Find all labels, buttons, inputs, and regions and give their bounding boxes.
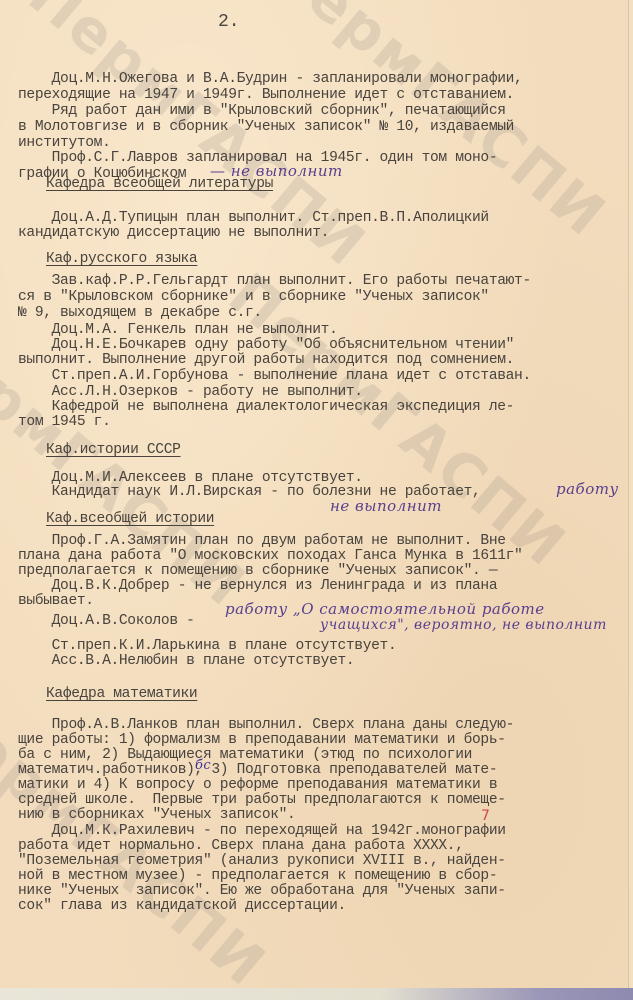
text-line: сок" глава из кандидатской диссертации. xyxy=(18,898,346,914)
text-line: Кафедрой не выполнена диалектологическая… xyxy=(18,399,514,415)
text-line: ся в "Крыловском сборнике" и в сборнике … xyxy=(18,289,489,305)
section-heading: Каф.всеобщей истории xyxy=(46,511,214,527)
text-line: средней школе. Первые три работы предпол… xyxy=(18,792,506,808)
handwritten-note: работу xyxy=(556,480,619,498)
text-line: щие работы: 1) формализм в преподавании … xyxy=(18,732,506,748)
text-line: выбывает. xyxy=(18,593,94,609)
text-line: Зав.каф.Р.Р.Гельгардт план выполнит. Его… xyxy=(18,273,531,289)
text-line: нике "Ученых записок". Ею же обработана … xyxy=(18,883,506,899)
red-pencil-mark: 7 xyxy=(481,808,490,824)
text-line: математич.работников), 3) Подготовка пре… xyxy=(18,762,497,778)
text-line: Доц.В.К.Добрер - не вернулся из Ленингра… xyxy=(18,578,497,594)
text-line: Ст.преп.А.И.Горбунова - выполнение плана… xyxy=(18,368,531,384)
handwritten-note: не выполнит xyxy=(330,497,442,515)
text-line: Ряд работ дан ими в "Крыловский сборник"… xyxy=(18,103,506,119)
text-line: том 1945 г. xyxy=(18,414,111,430)
text-line: Проф.Г.А.Замятин план по двум работам не… xyxy=(18,533,506,549)
text-line: нию в сборниках "Ученых записок". xyxy=(18,807,295,823)
text-line: Асс.В.А.Нелюбин в плане отсутствует. xyxy=(18,653,354,669)
text-line: кандидатскую диссертацию не выполнит. xyxy=(18,225,329,241)
text-line: переходящие на 1947 и 1949г. Выполнение … xyxy=(18,87,514,103)
text-line: "Поземельная геометрия" (анализ рукописи… xyxy=(18,853,506,869)
text-line: ба с ним, 2) Выдающиеся математики (этюд… xyxy=(18,747,472,763)
text-line: Ст.преп.К.И.Ларькина в плане отсутствует… xyxy=(18,638,396,654)
handwritten-note: учащихся", вероятно, не выполнит xyxy=(320,617,607,633)
text-line: ной в местном музее) - предполагается к … xyxy=(18,868,497,884)
document-content: 2. Доц.М.Н.Ожегова и В.А.Будрин - заплан… xyxy=(0,0,633,1000)
text-line: Доц.А.В.Соколов - xyxy=(18,613,195,629)
text-line: Доц.А.Д.Тупицын план выполнит. Ст.преп.В… xyxy=(18,210,489,226)
page-number: 2. xyxy=(218,12,240,32)
text-line: Доц.М.А. Генкель план не выполнит. xyxy=(18,322,338,338)
text-line: Доц.М.К.Рахилевич - по переходящей на 19… xyxy=(18,823,506,839)
text-line: Доц.Н.Е.Бочкарев одну работу "Об объясни… xyxy=(18,337,514,353)
text-line: институтом. xyxy=(18,135,111,151)
text-line: плана дана работа "О московских походах … xyxy=(18,548,522,564)
section-heading: Каф.русского языка xyxy=(46,251,197,267)
text-line: Доц.М.Н.Ожегова и В.А.Будрин - запланиро… xyxy=(18,71,522,87)
text-line: предполагается к помещению в сборнике "У… xyxy=(18,563,497,579)
text-line: работа идет нормально. Сверх плана дана … xyxy=(18,838,464,854)
text-line: матики и 4) К вопросу о реформе преподав… xyxy=(18,777,497,793)
text-line: Асс.Л.Н.Озерков - работу не выполнит. xyxy=(18,384,363,400)
text-line: Проф.А.В.Ланков план выполнил. Сверх пла… xyxy=(18,717,514,733)
section-heading: Кафедра математики xyxy=(46,686,197,702)
section-heading: Кафедра всеобщей литературы xyxy=(46,176,273,192)
text-line: № 9, выходящем в декабре с.г. xyxy=(18,305,262,321)
text-line: выполнит. Выполнение другой работы наход… xyxy=(18,352,514,368)
handwritten-correction: бс xyxy=(195,758,211,773)
section-heading: Каф.истории СССР xyxy=(46,442,181,458)
text-line: в Молотовгизе и в сборник "Ученых записо… xyxy=(18,119,514,135)
handwritten-note: работу „О самостоятельной работе xyxy=(225,600,545,618)
